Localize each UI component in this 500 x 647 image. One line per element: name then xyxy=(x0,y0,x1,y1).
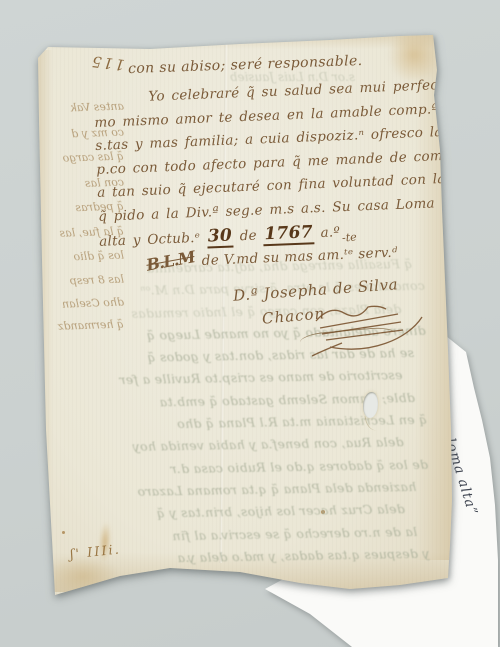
showthrough-line: de los q̃ dadores q.do el Rubio casa d.r xyxy=(56,453,428,482)
paper-edge-tint xyxy=(415,30,452,560)
showthrough-line: y despues q.tas dadas, y md.o dela y.a xyxy=(57,543,429,572)
closing-line: B.L.Mde V.md su mas am.ᵗᵉ serv.ᵈ xyxy=(146,242,398,272)
margin-fragment: q̃ la fue, las xyxy=(44,225,124,241)
signature-rubric-flourish xyxy=(312,297,424,357)
fox-spot xyxy=(62,531,65,534)
letter-body: Yo celebraré q̃ su salud sea mui perfect… xyxy=(93,74,451,255)
body-line: mo mismo amor te desea en la amable comp… xyxy=(94,97,447,135)
date-day: 30 xyxy=(206,226,233,249)
paper-hole xyxy=(363,392,378,418)
date-suffix: a.º xyxy=(314,224,341,241)
letter-paper: s.or D.n Luis Jausieb q̃ Fusailla entreg… xyxy=(0,0,500,647)
showthrough-line: condiziones q̃ la otra, q̃ sirve para D.… xyxy=(53,275,425,304)
margin-fragment: con las xyxy=(44,176,124,192)
scrap-shadow: “En su casa loma alta” ' Ma.. xyxy=(0,0,500,647)
showthrough-line: q̃ Fusailla entrega dha, adj.ta cardenil… xyxy=(52,253,412,282)
ink-streak-stain xyxy=(99,523,112,562)
date-prefix: alta y Octub.ᵉ xyxy=(99,230,207,250)
showthrough-line: dble; Ramon Selemb gastado q̃ emb.ta xyxy=(55,387,415,416)
margin-fragment: q̃ hermandz xyxy=(44,318,124,334)
scrap-paper: “En su casa loma alta” ' Ma.. xyxy=(0,0,500,647)
photo-of-manuscript-letter: “En su casa loma alta” ' Ma.. s.or D.n L… xyxy=(0,0,500,647)
paper-hole-tear xyxy=(364,414,378,432)
paper-edge-tint xyxy=(38,34,438,49)
bottom-ink-mark: ʃ' IIIi. xyxy=(69,542,121,562)
body-line: p.co con todo afecto para q̃ me mande de… xyxy=(96,144,449,182)
body-line: s.tas y mas familia; a cuia dispoziz.ⁿ o… xyxy=(95,121,448,159)
showthrough-line: la de n.ro derecho q̃ se escriv.a al fin xyxy=(57,521,417,550)
fold-crease xyxy=(219,38,227,563)
margin-fragment: los q̃ dlio xyxy=(44,249,124,265)
margin-fragment: las 8 resp xyxy=(44,273,124,289)
paper-edge-tint xyxy=(38,50,53,595)
superscript-te: -te xyxy=(342,231,358,245)
date-year: 1767 xyxy=(263,222,314,246)
showthrough-line: dela Cruz hacer los hijos, brin.tas y q̃ xyxy=(57,498,405,526)
showthrough-line: se ha de dar las ridas, don.tas y godos … xyxy=(54,342,414,371)
margin-fragment: q̃ pedras xyxy=(44,200,124,216)
fox-spot xyxy=(321,510,325,514)
showthrough-text: q̃ Fusailla entrega dha, adj.ta cardenil… xyxy=(52,253,429,572)
stray-ink-scratch xyxy=(299,326,396,350)
margin-fragment: co mz y d xyxy=(44,126,124,142)
paper-edge-tint xyxy=(48,552,450,592)
body-line: Yo celebraré q̃ su salud sea mui perfect… xyxy=(93,74,446,112)
signature-surname: Chacon xyxy=(261,304,326,327)
signature-name: D.ª Josepha de Silva xyxy=(233,275,399,304)
date-line: alta y Octub.ᵉ 30 de 1767 a.º xyxy=(99,215,452,255)
scrap-note-fragment: ' Ma.. xyxy=(406,478,437,539)
corner-stain xyxy=(48,556,118,596)
opening-line: con su abiso; seré responsable. xyxy=(128,53,363,77)
margin-fragment: dho Cselan xyxy=(44,296,124,312)
closing-text: de V.md su mas am.ᵗᵉ serv.ᵈ xyxy=(201,245,398,270)
date-mid: de xyxy=(233,227,264,244)
letter-shadow: s.or D.n Luis Jausieb q̃ Fusailla entreg… xyxy=(0,0,500,647)
body-line: a tan suio q̃ ejecutaré con fina volunta… xyxy=(97,168,450,206)
showthrough-text: s.or D.n Luis Jausieb xyxy=(185,70,355,84)
showthrough-line: escritorio de mano es crisp.to Ruville a… xyxy=(54,365,402,393)
showthrough-line: q̃ en Lecristiania m.ta R.l Plana q̃ dho xyxy=(55,409,427,438)
scrap-note-text: “En su casa loma alta” xyxy=(414,344,499,578)
margin-fragment: q̃ las cargo xyxy=(44,150,124,166)
showthrough-line: dela Plaza, con cargo q̃ el Indio remuda… xyxy=(53,298,401,326)
showthrough-line: dela Rua, con benef.a y habia venida hoy xyxy=(55,432,403,460)
corner-stain xyxy=(388,26,440,84)
margin-fragment: antes Vak xyxy=(44,100,124,116)
showthrough-line: hazienda dela Plana q̃ q.ta romana Lazar… xyxy=(56,476,416,505)
blm-monogram: B.L.M xyxy=(145,247,196,275)
showthrough-line: dinero adelantado q̃ yo no mande Luego q… xyxy=(53,320,425,349)
archival-number: 115 xyxy=(89,52,126,74)
body-line: q̃ pido a la Div.ª seg.e m.s a.s. Su cas… xyxy=(98,191,451,229)
